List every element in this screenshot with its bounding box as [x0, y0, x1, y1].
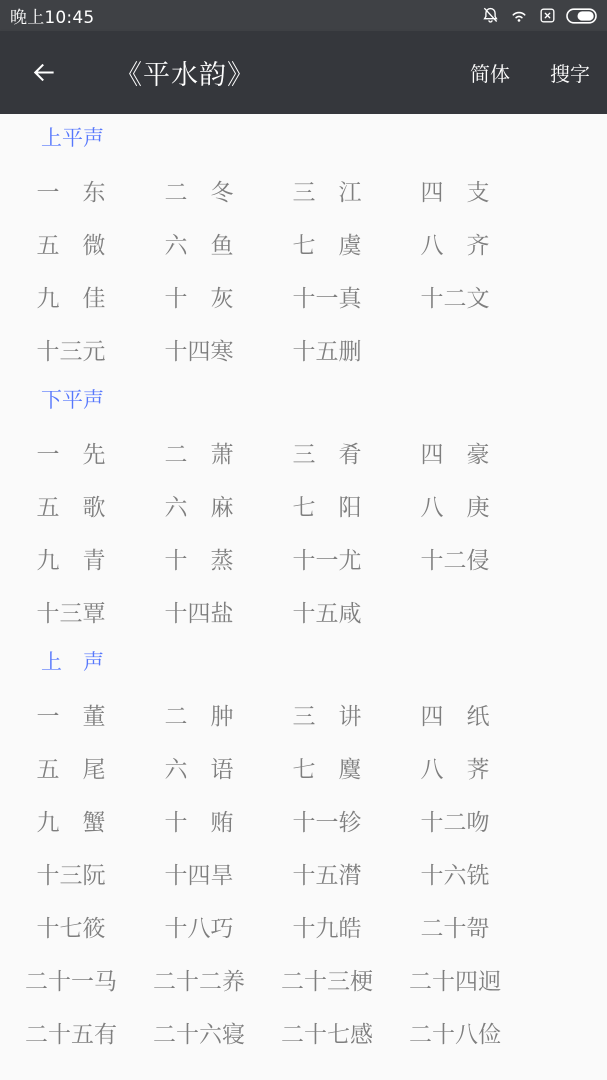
section-title: 下平声: [0, 376, 607, 426]
rhyme-item[interactable]: 十一尤: [263, 532, 391, 585]
rhyme-item[interactable]: 一 先: [7, 426, 135, 479]
rhyme-item[interactable]: 二十四迥: [391, 953, 519, 1006]
rhyme-item[interactable]: 六 鱼: [135, 217, 263, 270]
rhyme-item[interactable]: 二十八俭: [391, 1006, 519, 1059]
rhyme-item[interactable]: 八 齐: [391, 217, 519, 270]
rhyme-item[interactable]: 五 尾: [7, 741, 135, 794]
rhyme-item[interactable]: 四 豪: [391, 426, 519, 479]
rhyme-item[interactable]: 十一轸: [263, 794, 391, 847]
rhyme-item[interactable]: 一 董: [7, 688, 135, 741]
search-character-button[interactable]: 搜字: [550, 58, 590, 87]
rhyme-item[interactable]: 十三元: [7, 323, 135, 376]
rhyme-item[interactable]: 九 佳: [7, 270, 135, 323]
rhyme-item[interactable]: 六 语: [135, 741, 263, 794]
rhyme-item[interactable]: 三 江: [263, 164, 391, 217]
battery-icon: [566, 8, 597, 24]
rhyme-item[interactable]: 四 支: [391, 164, 519, 217]
status-time: 晚上10:45: [10, 3, 94, 28]
rhyme-item[interactable]: 一 东: [7, 164, 135, 217]
rhyme-item[interactable]: 六 麻: [135, 479, 263, 532]
rhyme-item[interactable]: 二 冬: [135, 164, 263, 217]
rhyme-item[interactable]: 八 庚: [391, 479, 519, 532]
rhyme-item[interactable]: 十四盐: [135, 585, 263, 638]
app-bar: 《平水韵》 简体 搜字: [0, 31, 607, 114]
page-title: 《平水韵》: [115, 53, 255, 92]
rhyme-grid: 一 东二 冬三 江四 支五 微六 鱼七 虞八 齐九 佳十 灰十一真十二文十三元十…: [0, 164, 607, 376]
rhyme-item[interactable]: 九 青: [7, 532, 135, 585]
rhyme-item[interactable]: 五 微: [7, 217, 135, 270]
rhyme-grid: 一 先二 萧三 肴四 豪五 歌六 麻七 阳八 庚九 青十 蒸十一尤十二侵十三覃十…: [0, 426, 607, 638]
section-title: 上 声: [0, 638, 607, 688]
rhyme-item[interactable]: 十八巧: [135, 900, 263, 953]
rhyme-item[interactable]: 七 虞: [263, 217, 391, 270]
rhyme-item[interactable]: 二十五有: [7, 1006, 135, 1059]
rhyme-item[interactable]: 十二文: [391, 270, 519, 323]
rhyme-item[interactable]: 十二侵: [391, 532, 519, 585]
rhyme-item[interactable]: 十九皓: [263, 900, 391, 953]
rhyme-list: 上平声一 东二 冬三 江四 支五 微六 鱼七 虞八 齐九 佳十 灰十一真十二文十…: [0, 114, 607, 1059]
rhyme-item[interactable]: 三 讲: [263, 688, 391, 741]
back-arrow-icon: [30, 59, 57, 86]
simplified-toggle-button[interactable]: 简体: [470, 58, 510, 87]
rhyme-item[interactable]: 十六铣: [391, 847, 519, 900]
no-sim-icon: [538, 6, 557, 25]
rhyme-item[interactable]: 十五咸: [263, 585, 391, 638]
app-screen: 晚上10:45: [0, 0, 607, 1080]
section-title: 上平声: [0, 114, 607, 164]
rhyme-item[interactable]: 二十一马: [7, 953, 135, 1006]
rhyme-item[interactable]: 十 贿: [135, 794, 263, 847]
rhyme-item[interactable]: 九 蟹: [7, 794, 135, 847]
rhyme-item[interactable]: 十五潸: [263, 847, 391, 900]
rhyme-item[interactable]: 五 歌: [7, 479, 135, 532]
rhyme-item[interactable]: 十 灰: [135, 270, 263, 323]
rhyme-item[interactable]: 二 肿: [135, 688, 263, 741]
rhyme-item[interactable]: 十 蒸: [135, 532, 263, 585]
rhyme-item[interactable]: 七 麌: [263, 741, 391, 794]
rhyme-item[interactable]: 二十三梗: [263, 953, 391, 1006]
mute-icon: [481, 6, 500, 25]
rhyme-item[interactable]: 三 肴: [263, 426, 391, 479]
rhyme-item[interactable]: 十三阮: [7, 847, 135, 900]
status-bar: 晚上10:45: [0, 0, 607, 31]
back-button[interactable]: [30, 59, 57, 86]
rhyme-item[interactable]: 四 纸: [391, 688, 519, 741]
rhyme-item[interactable]: 七 阳: [263, 479, 391, 532]
rhyme-item[interactable]: 十二吻: [391, 794, 519, 847]
rhyme-item[interactable]: 二十六寝: [135, 1006, 263, 1059]
rhyme-item[interactable]: 二十二养: [135, 953, 263, 1006]
rhyme-item[interactable]: 二 萧: [135, 426, 263, 479]
rhyme-item[interactable]: 十四旱: [135, 847, 263, 900]
rhyme-item[interactable]: 二十哿: [391, 900, 519, 953]
rhyme-item[interactable]: 八 荠: [391, 741, 519, 794]
status-icons: [481, 6, 597, 25]
rhyme-item[interactable]: 十三覃: [7, 585, 135, 638]
rhyme-item[interactable]: 十五删: [263, 323, 391, 376]
rhyme-item[interactable]: 十四寒: [135, 323, 263, 376]
rhyme-item[interactable]: 十一真: [263, 270, 391, 323]
rhyme-grid: 一 董二 肿三 讲四 纸五 尾六 语七 麌八 荠九 蟹十 贿十一轸十二吻十三阮十…: [0, 688, 607, 1059]
rhyme-item[interactable]: 十七筱: [7, 900, 135, 953]
rhyme-item[interactable]: 二十七感: [263, 1006, 391, 1059]
wifi-icon: [509, 6, 529, 25]
